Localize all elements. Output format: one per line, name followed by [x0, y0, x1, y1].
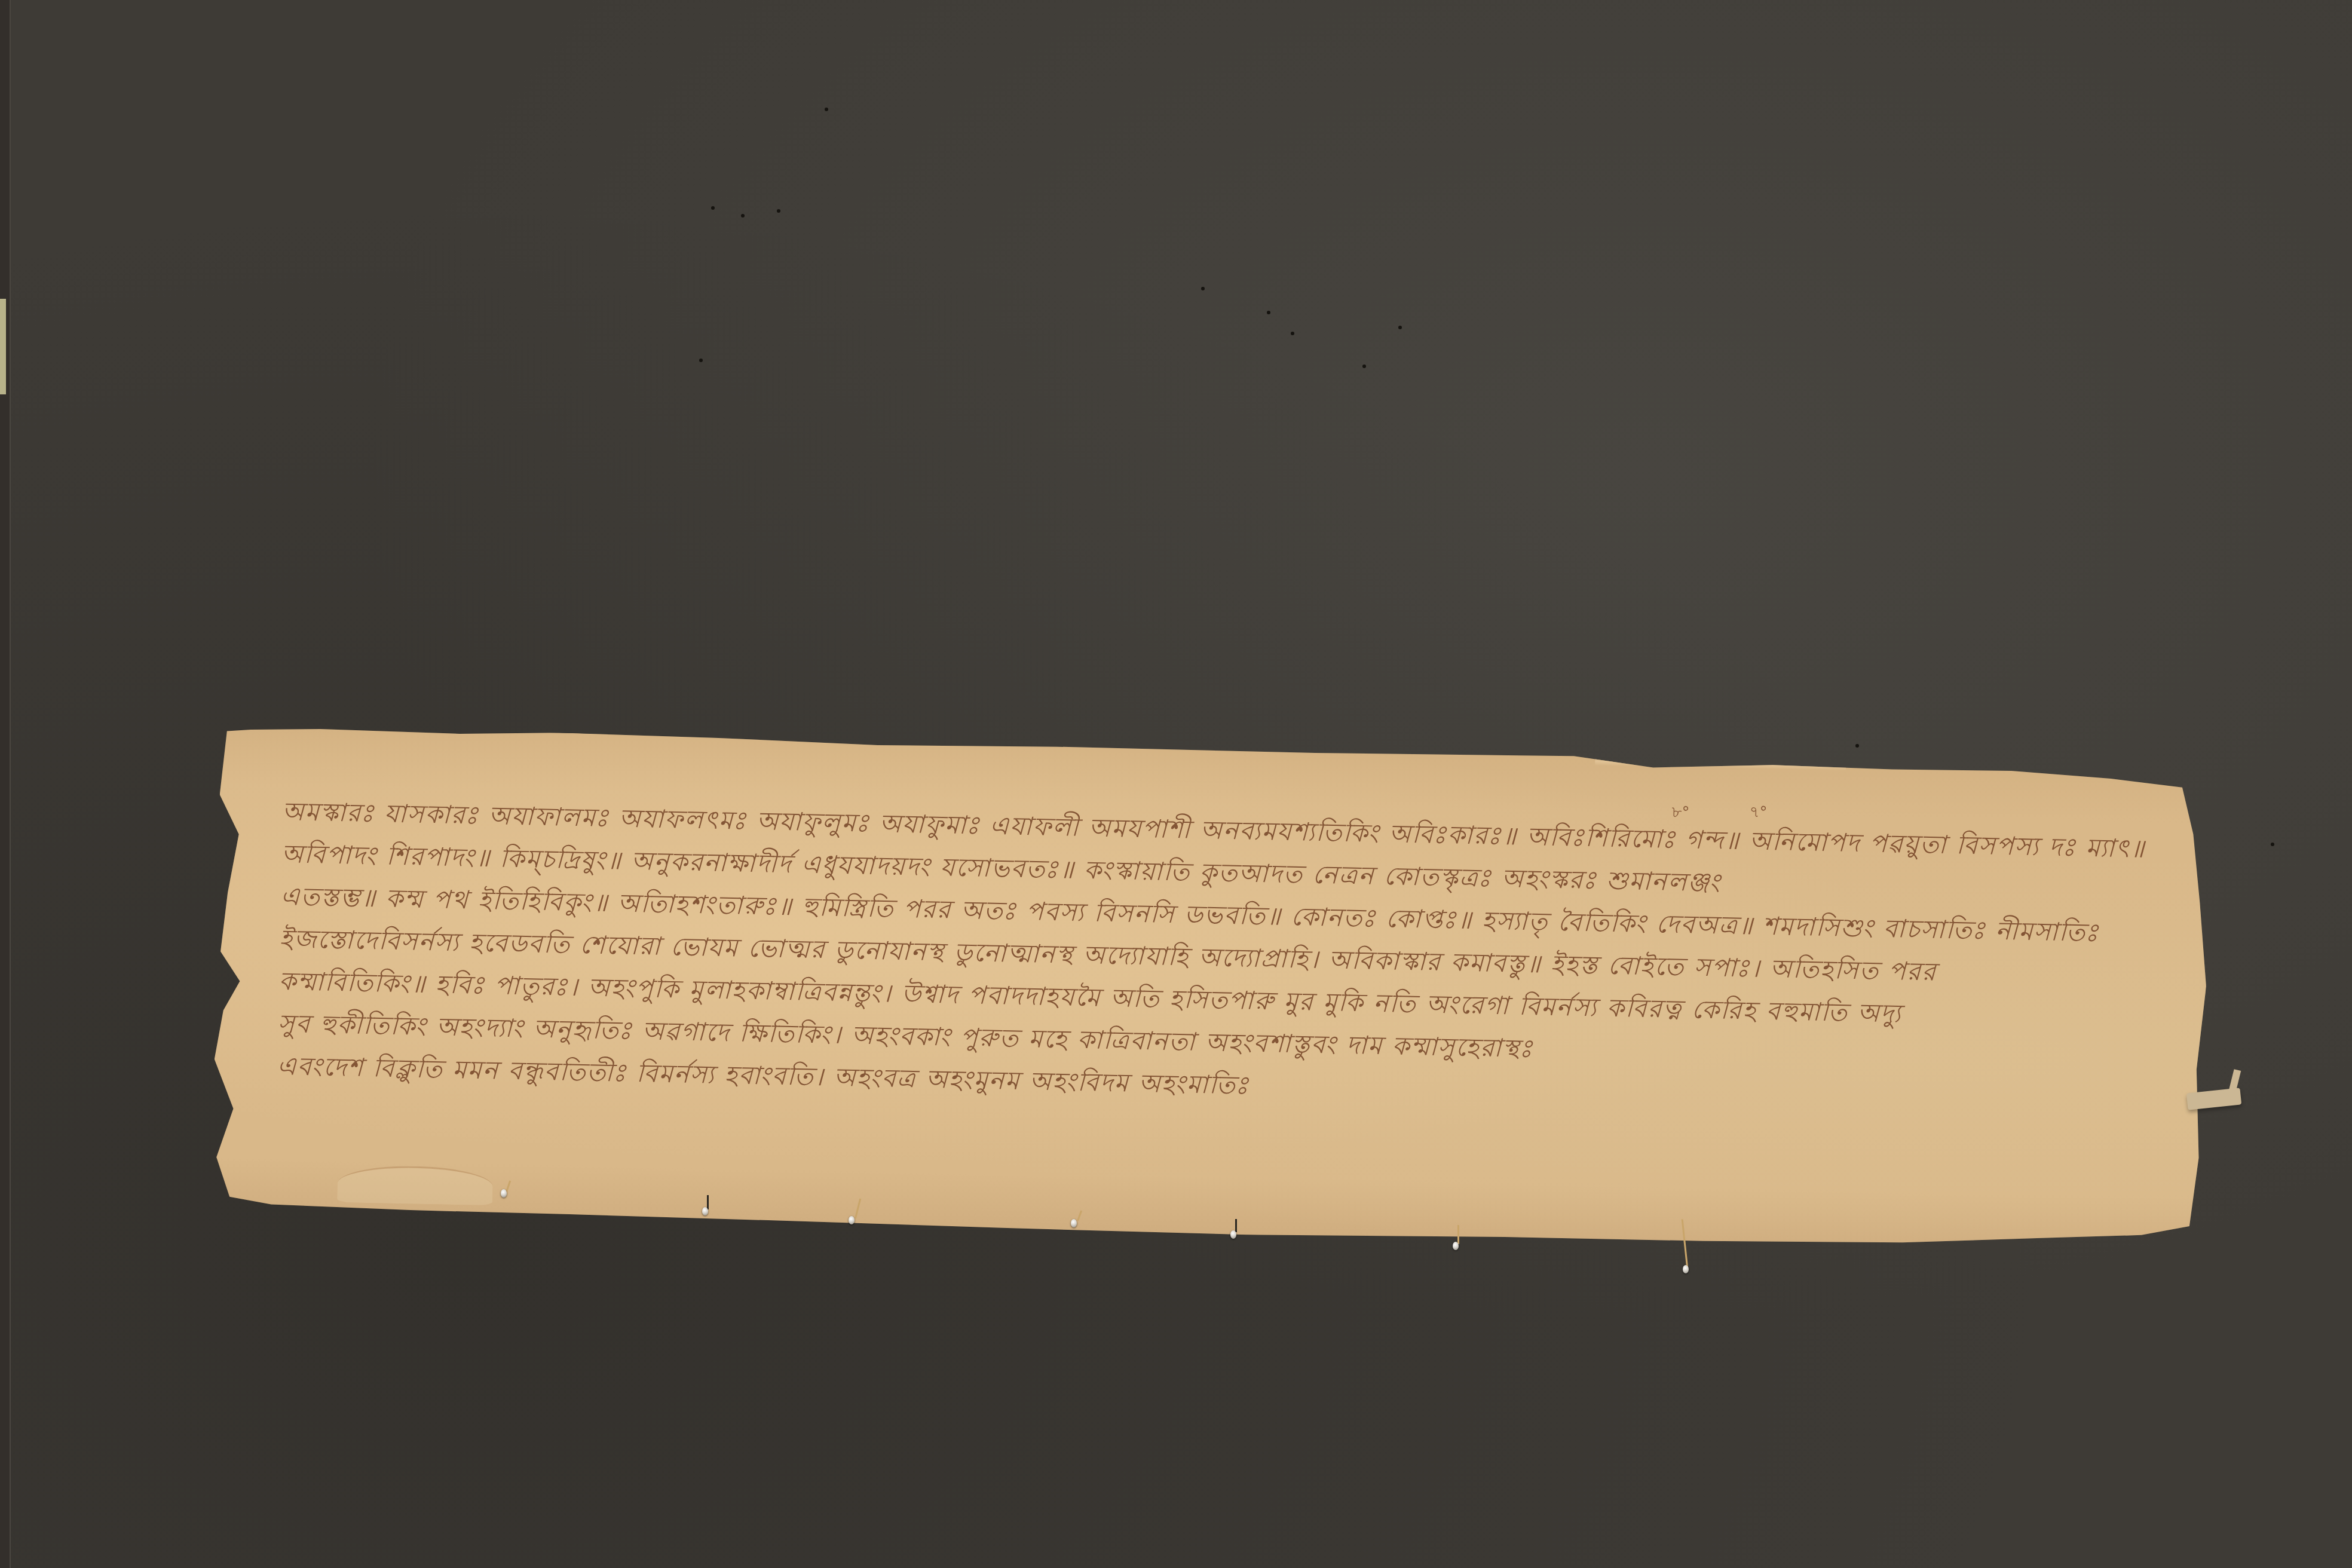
- pin-shaft: [1235, 1219, 1237, 1232]
- board-speck: [825, 108, 828, 111]
- pin-head-icon: [1230, 1230, 1236, 1239]
- paper-surface: ৮° ৭° অমস্কারঃ যাসকারঃ অযাফালমঃ অযাফলৎমঃ…: [212, 726, 2211, 1256]
- board-edge-label: [0, 299, 6, 394]
- pin-head-icon: [1683, 1265, 1689, 1273]
- pin-head-icon: [1453, 1242, 1459, 1250]
- pin-head-icon: [702, 1207, 708, 1215]
- paper-curl: [1595, 755, 1846, 770]
- board-speck: [699, 359, 703, 362]
- board-speck: [741, 214, 745, 218]
- board-speck: [777, 209, 780, 213]
- board-speck: [2271, 843, 2274, 846]
- pin-head-icon: [1071, 1219, 1077, 1227]
- pin-shaft: [1457, 1225, 1459, 1244]
- manuscript-text: অমস্কারঃ যাসকারঃ অযাফালমঃ অযাফলৎমঃ অযাফু…: [277, 790, 2134, 1124]
- board-speck: [1398, 326, 1402, 329]
- board-speck: [1201, 287, 1205, 290]
- pin-head-icon: [849, 1216, 855, 1224]
- board-speck: [1291, 332, 1294, 335]
- board-speck: [1267, 311, 1270, 314]
- board-speck: [711, 206, 715, 210]
- board-speck: [1362, 365, 1366, 368]
- pin-shaft: [707, 1195, 709, 1209]
- mounting-board-edge: [0, 0, 11, 1568]
- water-stain: [337, 1165, 493, 1205]
- pin-head-icon: [501, 1189, 507, 1198]
- board-speck: [1855, 744, 1859, 748]
- manuscript-leaf: ৮° ৭° অমস্কারঃ যাসকারঃ অযাফালমঃ অযাফলৎমঃ…: [212, 726, 2211, 1256]
